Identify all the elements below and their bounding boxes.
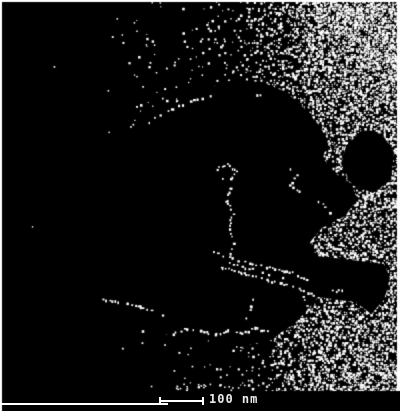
micrograph-canvas [0, 0, 400, 411]
tem-micrograph: 100 nm [0, 0, 400, 411]
